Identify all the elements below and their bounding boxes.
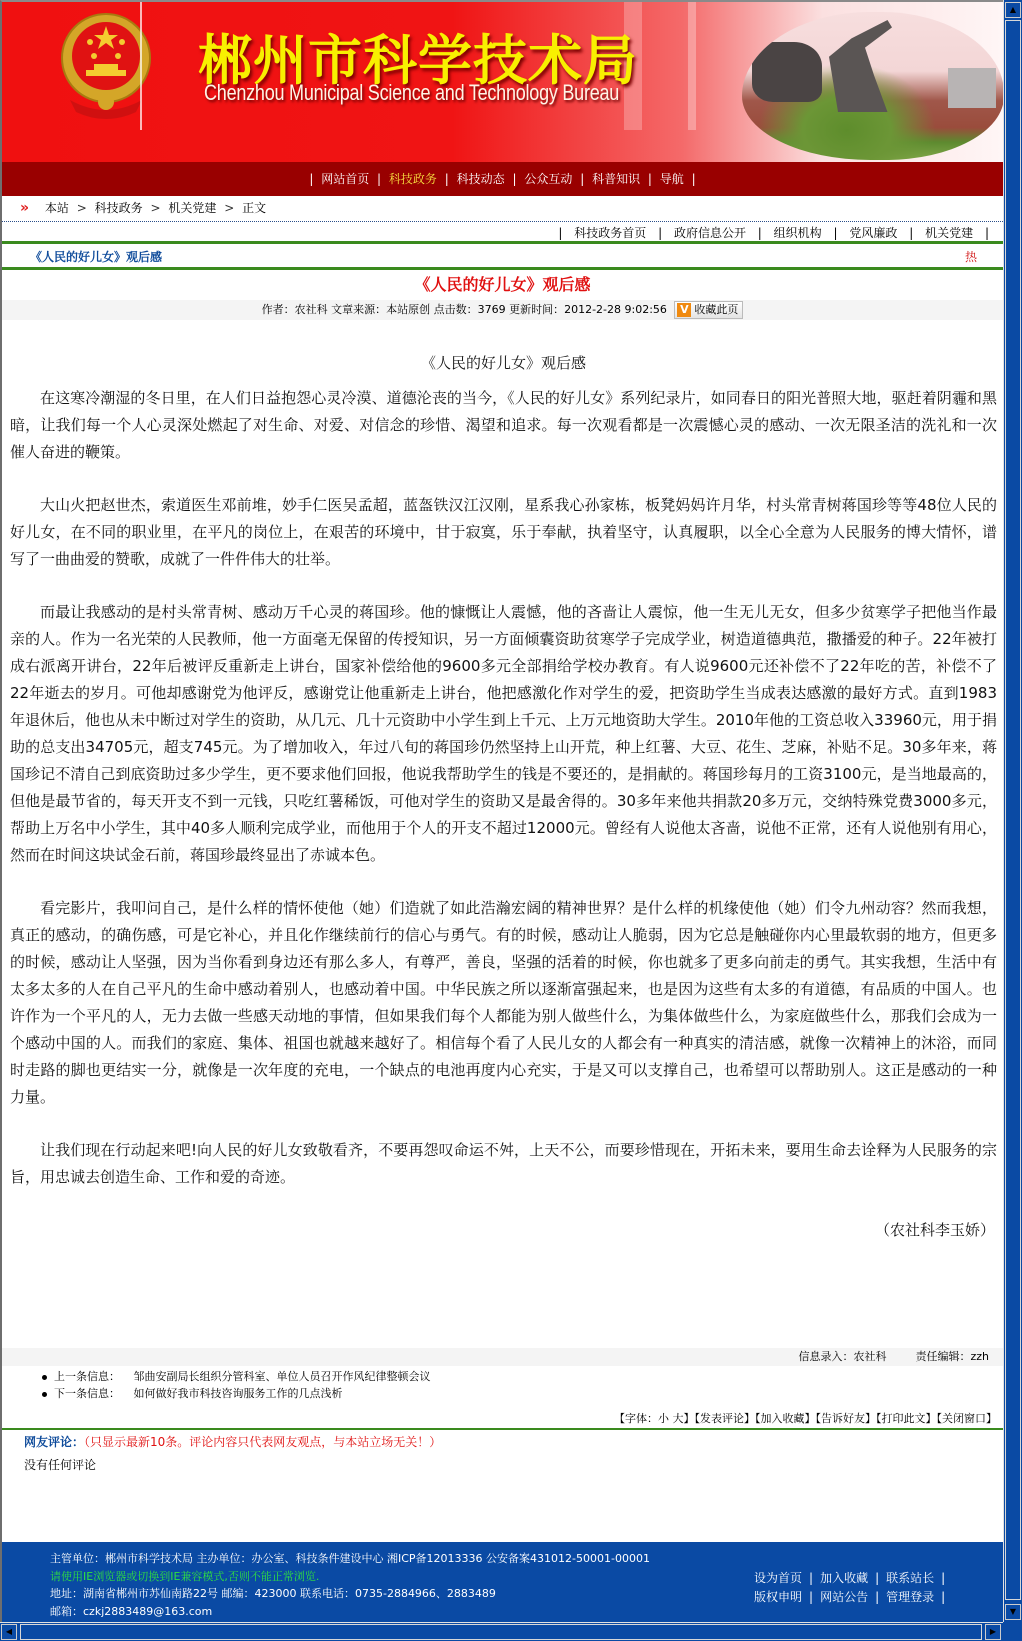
header-sculpture-photo: [742, 12, 1003, 160]
nav-separator: |: [512, 172, 516, 186]
rock-shape: [752, 42, 822, 102]
contact-webmaster-link[interactable]: 联系站长: [886, 1571, 934, 1585]
article-paragraph: 在这寒冷潮湿的冬日里，在人们日益抱怨心灵冷漠、道德沦丧的当今，《人民的好儿女》系…: [10, 385, 997, 466]
add-favorite-link[interactable]: 【加入收藏】: [755, 1412, 816, 1425]
comments-header: 网友评论：（只显示最新10条。评论内容只代表网友观点，与本站立场无关！）: [24, 1430, 1003, 1454]
article-paragraph: 让我们现在行动起来吧!向人民的好儿女致敬看齐，不要再怨叹命运不舛，上天不公，而要…: [10, 1137, 997, 1191]
nav-item-public[interactable]: 公众互动: [524, 172, 572, 186]
font-size-close: 】: [684, 1412, 695, 1425]
updated-value: 2012-2-28 9:02:56: [564, 303, 667, 316]
close-window-link[interactable]: 【关闭窗口】: [937, 1412, 998, 1425]
vertical-scrollbar[interactable]: ▲ ▼: [1003, 0, 1022, 1622]
article-meta: 作者：农社科 文章来源：本站原创 点击数：3769 更新时间：2012-2-28…: [2, 300, 1003, 320]
author-value: 农社科: [295, 303, 328, 316]
sub-nav: | 科技政务首页 | 政府信息公开 | 组织机构 | 党风廉政 | 机关党建 |: [2, 222, 1003, 244]
editor-value: zzh: [970, 1350, 989, 1363]
source-label: 文章来源：: [331, 303, 386, 316]
subnav-separator: |: [558, 226, 562, 240]
footer-email-line: 邮箱：czkj2883489@163.com: [50, 1603, 650, 1621]
set-homepage-link[interactable]: 设为首页: [754, 1571, 802, 1585]
article-title: 《人民的好儿女》观后感: [2, 270, 1003, 300]
font-small-link[interactable]: 小: [658, 1412, 669, 1425]
article-inner-title: 《人民的好儿女》观后感: [10, 350, 997, 377]
author-label: 作者：: [262, 303, 295, 316]
copyright-link[interactable]: 版权申明: [754, 1590, 802, 1604]
favorite-page-button[interactable]: V收藏此页: [674, 301, 743, 319]
subnav-separator: |: [758, 226, 762, 240]
nav-separator: |: [309, 172, 313, 186]
subnav-item-gov-home[interactable]: 科技政务首页: [574, 226, 646, 240]
nav-separator: |: [377, 172, 381, 186]
info-line: 信息录入：农社科 责任编辑：zzh: [2, 1348, 1003, 1366]
vertical-scroll-thumb[interactable]: [1005, 20, 1021, 1600]
nav-item-home[interactable]: 网站首页: [321, 172, 369, 186]
breadcrumb-party-building[interactable]: 机关党建: [168, 201, 216, 215]
scroll-left-arrow-icon[interactable]: ◀: [1, 1624, 17, 1640]
breadcrumb-home[interactable]: 本站: [45, 201, 69, 215]
scroll-up-arrow-icon[interactable]: ▲: [1005, 2, 1021, 18]
nav-separator: |: [648, 172, 652, 186]
article-paragraph: 看完影片，我叩问自己，是什么样的情怀使他（她）们造就了如此浩瀚宏阔的精神世界？是…: [10, 895, 997, 1111]
footer-info: 主管单位：郴州市科学技术局 主办单位：办公室、科技条件建设中心 湘ICP备120…: [50, 1550, 650, 1620]
footer-links: 设为首页|加入收藏|联系站长| 版权申明|网站公告|管理登录|: [754, 1569, 952, 1607]
nav-separator: |: [692, 172, 696, 186]
source-value: 本站原创: [386, 303, 430, 316]
site-title-english: Chenzhou Municipal Science and Technolog…: [204, 80, 619, 106]
double-arrow-icon: »: [20, 200, 27, 216]
page-viewport: 郴州市科学技术局 Chenzhou Municipal Science and …: [0, 0, 1003, 1622]
subnav-item-organization[interactable]: 组织机构: [774, 226, 822, 240]
titlebar-title: 《人民的好儿女》观后感: [30, 250, 162, 264]
updated-label: 更新时间：: [509, 303, 564, 316]
entry-value: 农社科: [853, 1350, 886, 1363]
comments-section: 网友评论：（只显示最新10条。评论内容只代表网友观点，与本站立场无关！） 没有任…: [2, 1430, 1003, 1476]
prev-item: 上一条信息： 邹曲安副局长组织分管科室、单位人员召开作风纪律整顿会议: [42, 1368, 1003, 1385]
breadcrumb: » 本站 > 科技政务 > 机关党建 > 正文: [2, 196, 1003, 222]
article-paragraph: 而最让我感动的是村头常青树、感动万千心灵的蒋国珍。他的慷慨让人震憾，他的吝啬让人…: [10, 599, 997, 869]
entry-label: 信息录入：: [798, 1350, 853, 1363]
subnav-separator: |: [834, 226, 838, 240]
next-item: 下一条信息： 如何做好我市科技咨询服务工作的几点浅析: [42, 1385, 1003, 1402]
article-signature: （农社科李玉娇）: [10, 1217, 997, 1244]
horizontal-scroll-thumb[interactable]: [20, 1624, 982, 1640]
nav-item-gov-affairs[interactable]: 科技政务: [389, 172, 437, 186]
subnav-separator: |: [909, 226, 913, 240]
font-size-label: 【字体：: [614, 1412, 658, 1425]
subnav-separator: |: [658, 226, 662, 240]
favorite-v-icon: V: [677, 303, 691, 317]
clicks-label: 点击数：: [434, 303, 478, 316]
subnav-item-info-disclosure[interactable]: 政府信息公开: [674, 226, 746, 240]
footer-sponsor-line: 主管单位：郴州市科学技术局 主办单位：办公室、科技条件建设中心 湘ICP备120…: [50, 1550, 650, 1568]
font-large-link[interactable]: 大: [673, 1412, 684, 1425]
spacer: [2, 1244, 1003, 1348]
article-tools: 【字体：小 大】【发表评论】【加入收藏】【告诉好友】【打印此文】【关闭窗口】: [2, 1408, 1003, 1430]
nav-item-science[interactable]: 科普知识: [592, 172, 640, 186]
clicks-value: 3769: [478, 303, 506, 316]
breadcrumb-gov-affairs[interactable]: 科技政务: [95, 201, 143, 215]
prev-next-list: 上一条信息： 邹曲安副局长组织分管科室、单位人员召开作风纪律整顿会议 下一条信息…: [2, 1366, 1003, 1402]
next-article-link[interactable]: 如何做好我市科技咨询服务工作的几点浅析: [134, 1387, 343, 1400]
decor-line: [140, 2, 142, 130]
breadcrumb-separator: >: [224, 201, 234, 215]
tell-friend-link[interactable]: 【告诉好友】: [816, 1412, 877, 1425]
main-nav: | 网站首页 | 科技政务 | 科技动态 | 公众互动 | 科普知识 | 导航 …: [2, 162, 1003, 196]
decor-line: [688, 2, 696, 130]
subnav-item-integrity[interactable]: 党风廉政: [849, 226, 897, 240]
footer-address-line: 地址：湖南省郴州市苏仙南路22号 邮编：423000 联系电话：0735-288…: [50, 1585, 650, 1603]
favorite-page-label: 收藏此页: [694, 303, 738, 316]
footer-browser-notice: 请使用IE浏览器或切换到IE兼容模式,否则不能正常浏览.: [50, 1568, 650, 1586]
article-paragraph: 大山火把赵世杰，索道医生邓前堆，妙手仁医吴孟超，蓝盔铁汉江汉刚，星系我心孙家栋，…: [10, 492, 997, 573]
scrollbar-corner: [1003, 1622, 1022, 1641]
article-titlebar: 《人民的好儿女》观后感 热: [2, 244, 1003, 270]
comments-label: 网友评论：: [24, 1435, 84, 1449]
post-comment-link[interactable]: 【发表评论】: [695, 1412, 756, 1425]
building-shape: [948, 68, 996, 108]
site-notice-link[interactable]: 网站公告: [820, 1590, 868, 1604]
nav-separator: |: [580, 172, 584, 186]
nav-separator: |: [445, 172, 449, 186]
header-banner: 郴州市科学技术局 Chenzhou Municipal Science and …: [2, 2, 1003, 162]
prev-article-link[interactable]: 邹曲安副局长组织分管科室、单位人员召开作风纪律整顿会议: [134, 1370, 431, 1383]
breadcrumb-separator: >: [150, 201, 160, 215]
horizontal-scrollbar[interactable]: ◀ ▶: [0, 1622, 1003, 1641]
editor-label: 责任编辑：: [915, 1350, 970, 1363]
prev-label: 上一条信息：: [54, 1370, 120, 1383]
article-body: 《人民的好儿女》观后感 在这寒冷潮湿的冬日里，在人们日益抱怨心灵冷漠、道德沦丧的…: [2, 350, 1003, 1244]
subnav-separator: |: [985, 226, 989, 240]
breadcrumb-separator: >: [77, 201, 87, 215]
nav-item-news[interactable]: 科技动态: [457, 172, 505, 186]
next-label: 下一条信息：: [54, 1387, 120, 1400]
nav-item-guide[interactable]: 导航: [660, 172, 684, 186]
print-link[interactable]: 【打印此文】: [876, 1412, 937, 1425]
subnav-item-party-building[interactable]: 机关党建: [925, 226, 973, 240]
hot-label: 热: [965, 244, 977, 270]
scroll-right-arrow-icon[interactable]: ▶: [985, 1624, 1001, 1640]
comments-note: （只显示最新10条。评论内容只代表网友观点，与本站立场无关！）: [84, 1435, 441, 1449]
breadcrumb-current: 正文: [242, 201, 266, 215]
admin-login-link[interactable]: 管理登录: [886, 1590, 934, 1604]
footer: 主管单位：郴州市科学技术局 主办单位：办公室、科技条件建设中心 湘ICP备120…: [2, 1542, 1003, 1622]
add-bookmark-link[interactable]: 加入收藏: [820, 1571, 868, 1585]
no-comments-text: 没有任何评论: [24, 1454, 1003, 1476]
scroll-down-arrow-icon[interactable]: ▼: [1005, 1604, 1021, 1620]
